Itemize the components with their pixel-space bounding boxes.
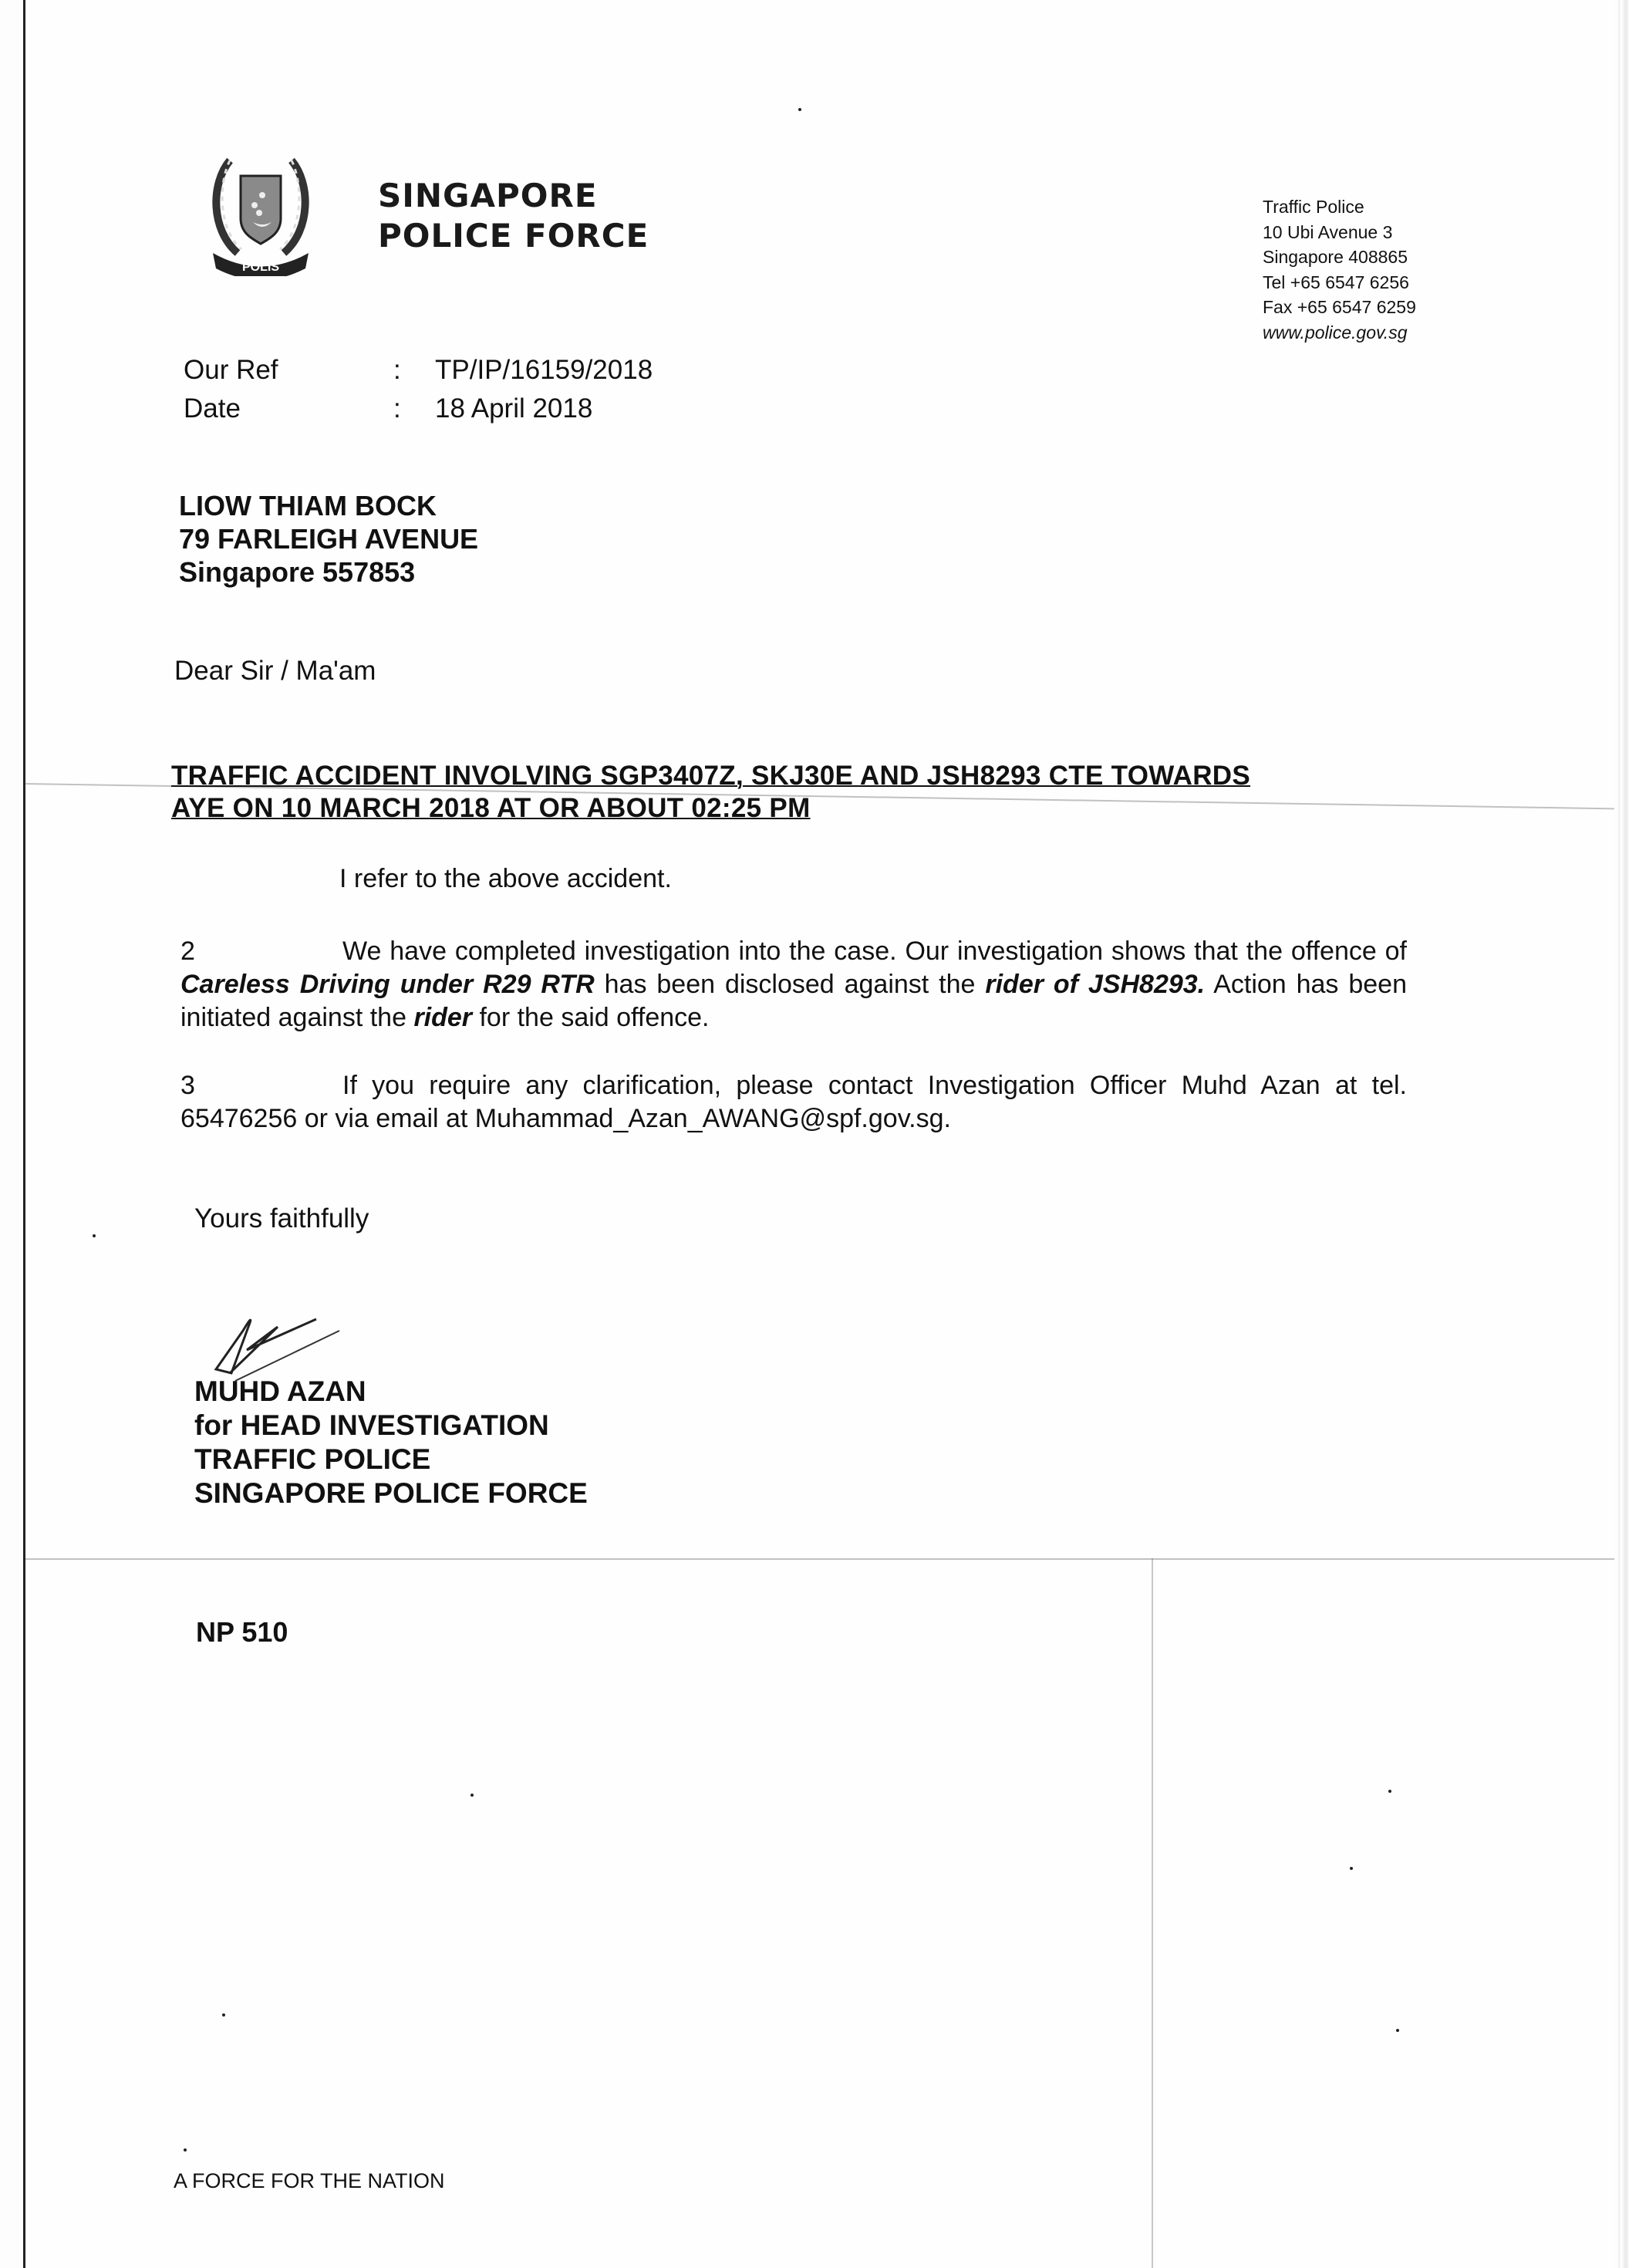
org-line-2: POLICE FORCE xyxy=(378,216,649,256)
paragraph-3: 3If you require any clarification, pleas… xyxy=(180,1069,1407,1136)
fold-line-lower xyxy=(25,1558,1614,1560)
subject-line-1: TRAFFIC ACCIDENT INVOLVING SGP3407Z, SKJ… xyxy=(171,760,1405,792)
offender: rider of JSH8293. xyxy=(985,970,1205,999)
org-line-1: SINGAPORE xyxy=(378,176,649,216)
scan-speck xyxy=(222,2013,225,2017)
fax: Fax +65 6547 6259 xyxy=(1263,295,1416,320)
scan-speck xyxy=(1350,1867,1353,1870)
p2-text-4: for the said offence. xyxy=(472,1003,709,1032)
address-line-1: 10 Ubi Avenue 3 xyxy=(1263,220,1416,245)
p2-text-2: has been disclosed against the xyxy=(595,970,986,999)
rider-emphasis: rider xyxy=(413,1003,472,1032)
reference-block: Our Ref : TP/IP/16159/2018 Date : 18 Apr… xyxy=(184,351,653,428)
scan-speck xyxy=(93,1234,96,1237)
addressee-city: Singapore 557853 xyxy=(179,555,478,589)
signatory-unit: TRAFFIC POLICE xyxy=(194,1443,588,1477)
scan-speck xyxy=(470,1794,474,1797)
p3-text: If you require any clarification, please… xyxy=(180,1071,1407,1133)
address-line-2: Singapore 408865 xyxy=(1263,245,1416,270)
fold-line-vertical xyxy=(1152,1558,1153,2268)
paragraph-number: 3 xyxy=(180,1069,342,1102)
scan-speck xyxy=(184,2148,187,2152)
ref-label: Our Ref xyxy=(184,351,393,390)
addressee-street: 79 FARLEIGH AVENUE xyxy=(179,522,478,555)
department: Traffic Police xyxy=(1263,194,1416,220)
subject-heading: TRAFFIC ACCIDENT INVOLVING SGP3407Z, SKJ… xyxy=(171,760,1405,825)
offence-name: Careless Driving under R29 RTR xyxy=(180,970,595,999)
sender-contact-block: Traffic Police 10 Ubi Avenue 3 Singapore… xyxy=(1263,194,1416,345)
p2-text-1: We have completed investigation into the… xyxy=(342,937,1407,966)
signatory-name: MUHD AZAN xyxy=(194,1375,588,1409)
scan-speck xyxy=(1396,2029,1399,2032)
signatory-block: MUHD AZAN for HEAD INVESTIGATION TRAFFIC… xyxy=(194,1375,588,1510)
addressee-block: LIOW THIAM BOCK 79 FARLEIGH AVENUE Singa… xyxy=(179,489,478,589)
svg-text:POLIS: POLIS xyxy=(242,261,279,274)
paragraph-2: 2We have completed investigation into th… xyxy=(180,935,1407,1034)
salutation: Dear Sir / Ma'am xyxy=(174,656,376,687)
paragraph-number: 2 xyxy=(180,935,342,968)
police-crest-icon: POLIS xyxy=(207,145,315,276)
organization-name: SINGAPORE POLICE FORCE xyxy=(378,176,649,256)
signatory-title: for HEAD INVESTIGATION xyxy=(194,1409,588,1443)
form-code: NP 510 xyxy=(196,1616,288,1649)
scan-speck xyxy=(798,108,801,111)
date-label: Date xyxy=(184,390,393,428)
paper-edge xyxy=(1618,0,1629,2268)
scan-speck xyxy=(1388,1790,1391,1793)
footer-motto: A FORCE FOR THE NATION xyxy=(174,2169,445,2193)
date-separator: : xyxy=(393,390,435,428)
subject-line-2: AYE ON 10 MARCH 2018 AT OR ABOUT 02:25 P… xyxy=(171,792,1405,825)
date-value: 18 April 2018 xyxy=(435,390,592,428)
signatory-organization: SINGAPORE POLICE FORCE xyxy=(194,1477,588,1510)
addressee-name: LIOW THIAM BOCK xyxy=(179,489,478,522)
paragraph-1: I refer to the above accident. xyxy=(339,864,672,894)
tel: Tel +65 6547 6256 xyxy=(1263,270,1416,295)
website-link[interactable]: www.police.gov.sg xyxy=(1263,320,1416,346)
closing: Yours faithfully xyxy=(194,1203,369,1234)
ref-separator: : xyxy=(393,351,435,390)
ref-value: TP/IP/16159/2018 xyxy=(435,351,653,390)
